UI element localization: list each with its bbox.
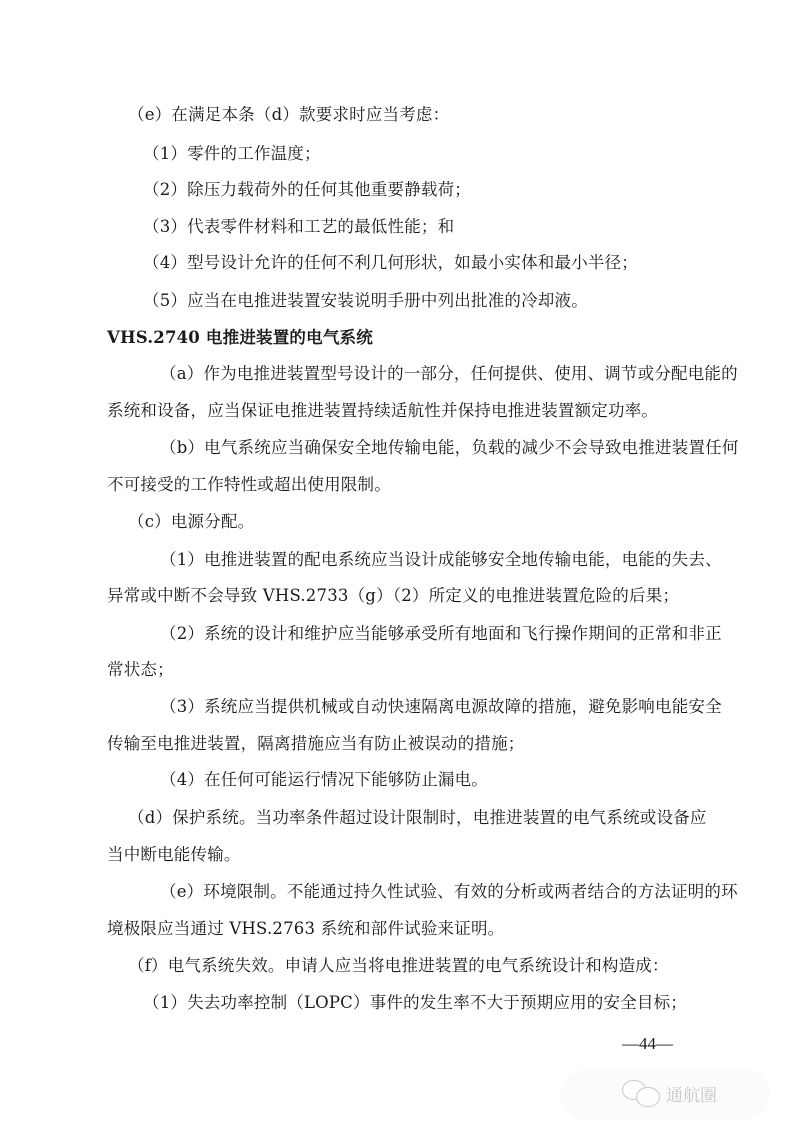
clause-c-item-3-line-2: 传输至电推进装置，隔离措施应当有防止被误动的措施； <box>107 733 697 755</box>
watermark-label: 通航圈 <box>666 1081 717 1106</box>
clause-c-item-1-line-1: （1）电推进装置的配电系统应当设计成能够安全地传输电能，电能的失去、 <box>160 549 750 571</box>
clause-a-line-2: 系统和设备，应当保证电推进装置持续适航性并保持电推进装置额定功率。 <box>107 400 697 422</box>
clause-e-item-5: （5）应当在电推进装置安装说明手册中列出批准的冷却液。 <box>143 290 733 312</box>
clause-d-line-1: （d）保护系统。当功率条件超过设计限制时，电推进装置的电气系统或设备应 <box>128 807 718 829</box>
clause-b-line-2: 不可接受的工作特性或超出使用限制。 <box>107 474 697 496</box>
clause-e-item-4: （4）型号设计允许的任何不利几何形状，如最小实体和最小半径； <box>143 252 733 274</box>
clause-c-item-3-line-1: （3）系统应当提供机械或自动快速隔离电源故障的措施，避免影响电能安全 <box>160 696 750 718</box>
clause-e-item-1: （1）零件的工作温度； <box>143 143 733 165</box>
section-heading: VHS.2740 电推进装置的电气系统 <box>107 327 697 349</box>
clause-f-heading: （f）电气系统失效。申请人应当将电推进装置的电气系统设计和构造成： <box>128 955 718 977</box>
wechat-icon <box>622 1080 662 1106</box>
page-number: —44— <box>622 1034 673 1054</box>
watermark: 通航圈 <box>622 1080 717 1106</box>
clause-e2-line-2: 境极限应当通过 VHS.2763 系统和部件试验来证明。 <box>107 918 697 940</box>
clause-c-item-4: （4）在任何可能运行情况下能够防止漏电。 <box>160 769 750 791</box>
clause-e2-line-1: （e）环境限制。不能通过持久性试验、有效的分析或两者结合的方法证明的环 <box>160 881 750 903</box>
clause-e-item-2: （2）除压力载荷外的任何其他重要静载荷； <box>143 179 733 201</box>
clause-e-item-3: （3）代表零件材料和工艺的最低性能；和 <box>143 216 733 238</box>
clause-c-item-1-line-2: 异常或中断不会导致 VHS.2733（g）（2）所定义的电推进装置危险的后果； <box>107 585 697 607</box>
clause-e-intro: （e）在满足本条（d）款要求时应当考虑： <box>128 104 718 126</box>
clause-c-item-2-line-1: （2）系统的设计和维护应当能够承受所有地面和飞行操作期间的正常和非正 <box>160 623 750 645</box>
clause-c-item-2-line-2: 常状态； <box>107 659 697 681</box>
clause-f-item-1: （1）失去功率控制（LOPC）事件的发生率不大于预期应用的安全目标； <box>143 992 733 1014</box>
clause-b-line-1: （b）电气系统应当确保安全地传输电能，负载的减少不会导致电推进装置任何 <box>160 437 750 459</box>
clause-c-heading: （c）电源分配。 <box>128 511 718 533</box>
clause-d-line-2: 当中断电能传输。 <box>107 844 697 866</box>
clause-a-line-1: （a）作为电推进装置型号设计的一部分，任何提供、使用、调节或分配电能的 <box>160 363 750 385</box>
